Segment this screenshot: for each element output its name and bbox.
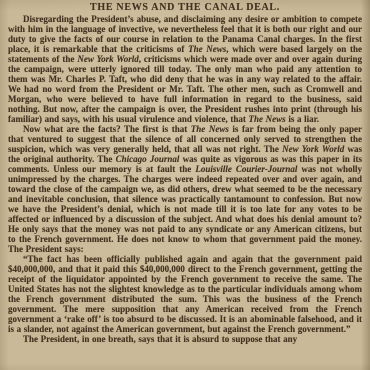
paragraph: Now what are the facts? The first is tha… [8, 124, 362, 254]
paragraph-text: Now what are the facts? The first is tha… [23, 124, 191, 134]
paragraph-text: The President, in one breath, says that … [23, 334, 297, 344]
article-body: Disregarding the President’s abuse, and … [8, 14, 362, 344]
paragraph-text: is a liar. [286, 114, 319, 124]
paragraph: “The fact has been officially published … [8, 254, 362, 334]
newspaper-name: Louisville Courier-Journal [195, 164, 297, 174]
article-title: THE NEWS AND THE CANAL DEAL. [8, 2, 362, 13]
newspaper-name: New York World [282, 144, 344, 154]
newspaper-name: The News [188, 44, 226, 54]
article-page: THE NEWS AND THE CANAL DEAL. Disregardin… [0, 0, 370, 370]
newspaper-name: New York World [77, 54, 138, 64]
paragraph-text: was not wholly unimpressed by the charge… [8, 164, 362, 254]
newspaper-name: Chicago Journal [116, 154, 180, 164]
paragraph: The President, in one breath, says that … [8, 334, 362, 344]
paragraph: Disregarding the President’s abuse, and … [8, 14, 362, 124]
paragraph-text: “The fact has been officially published … [8, 254, 362, 334]
newspaper-name: The News [191, 124, 229, 134]
newspaper-name: The News [249, 114, 286, 124]
